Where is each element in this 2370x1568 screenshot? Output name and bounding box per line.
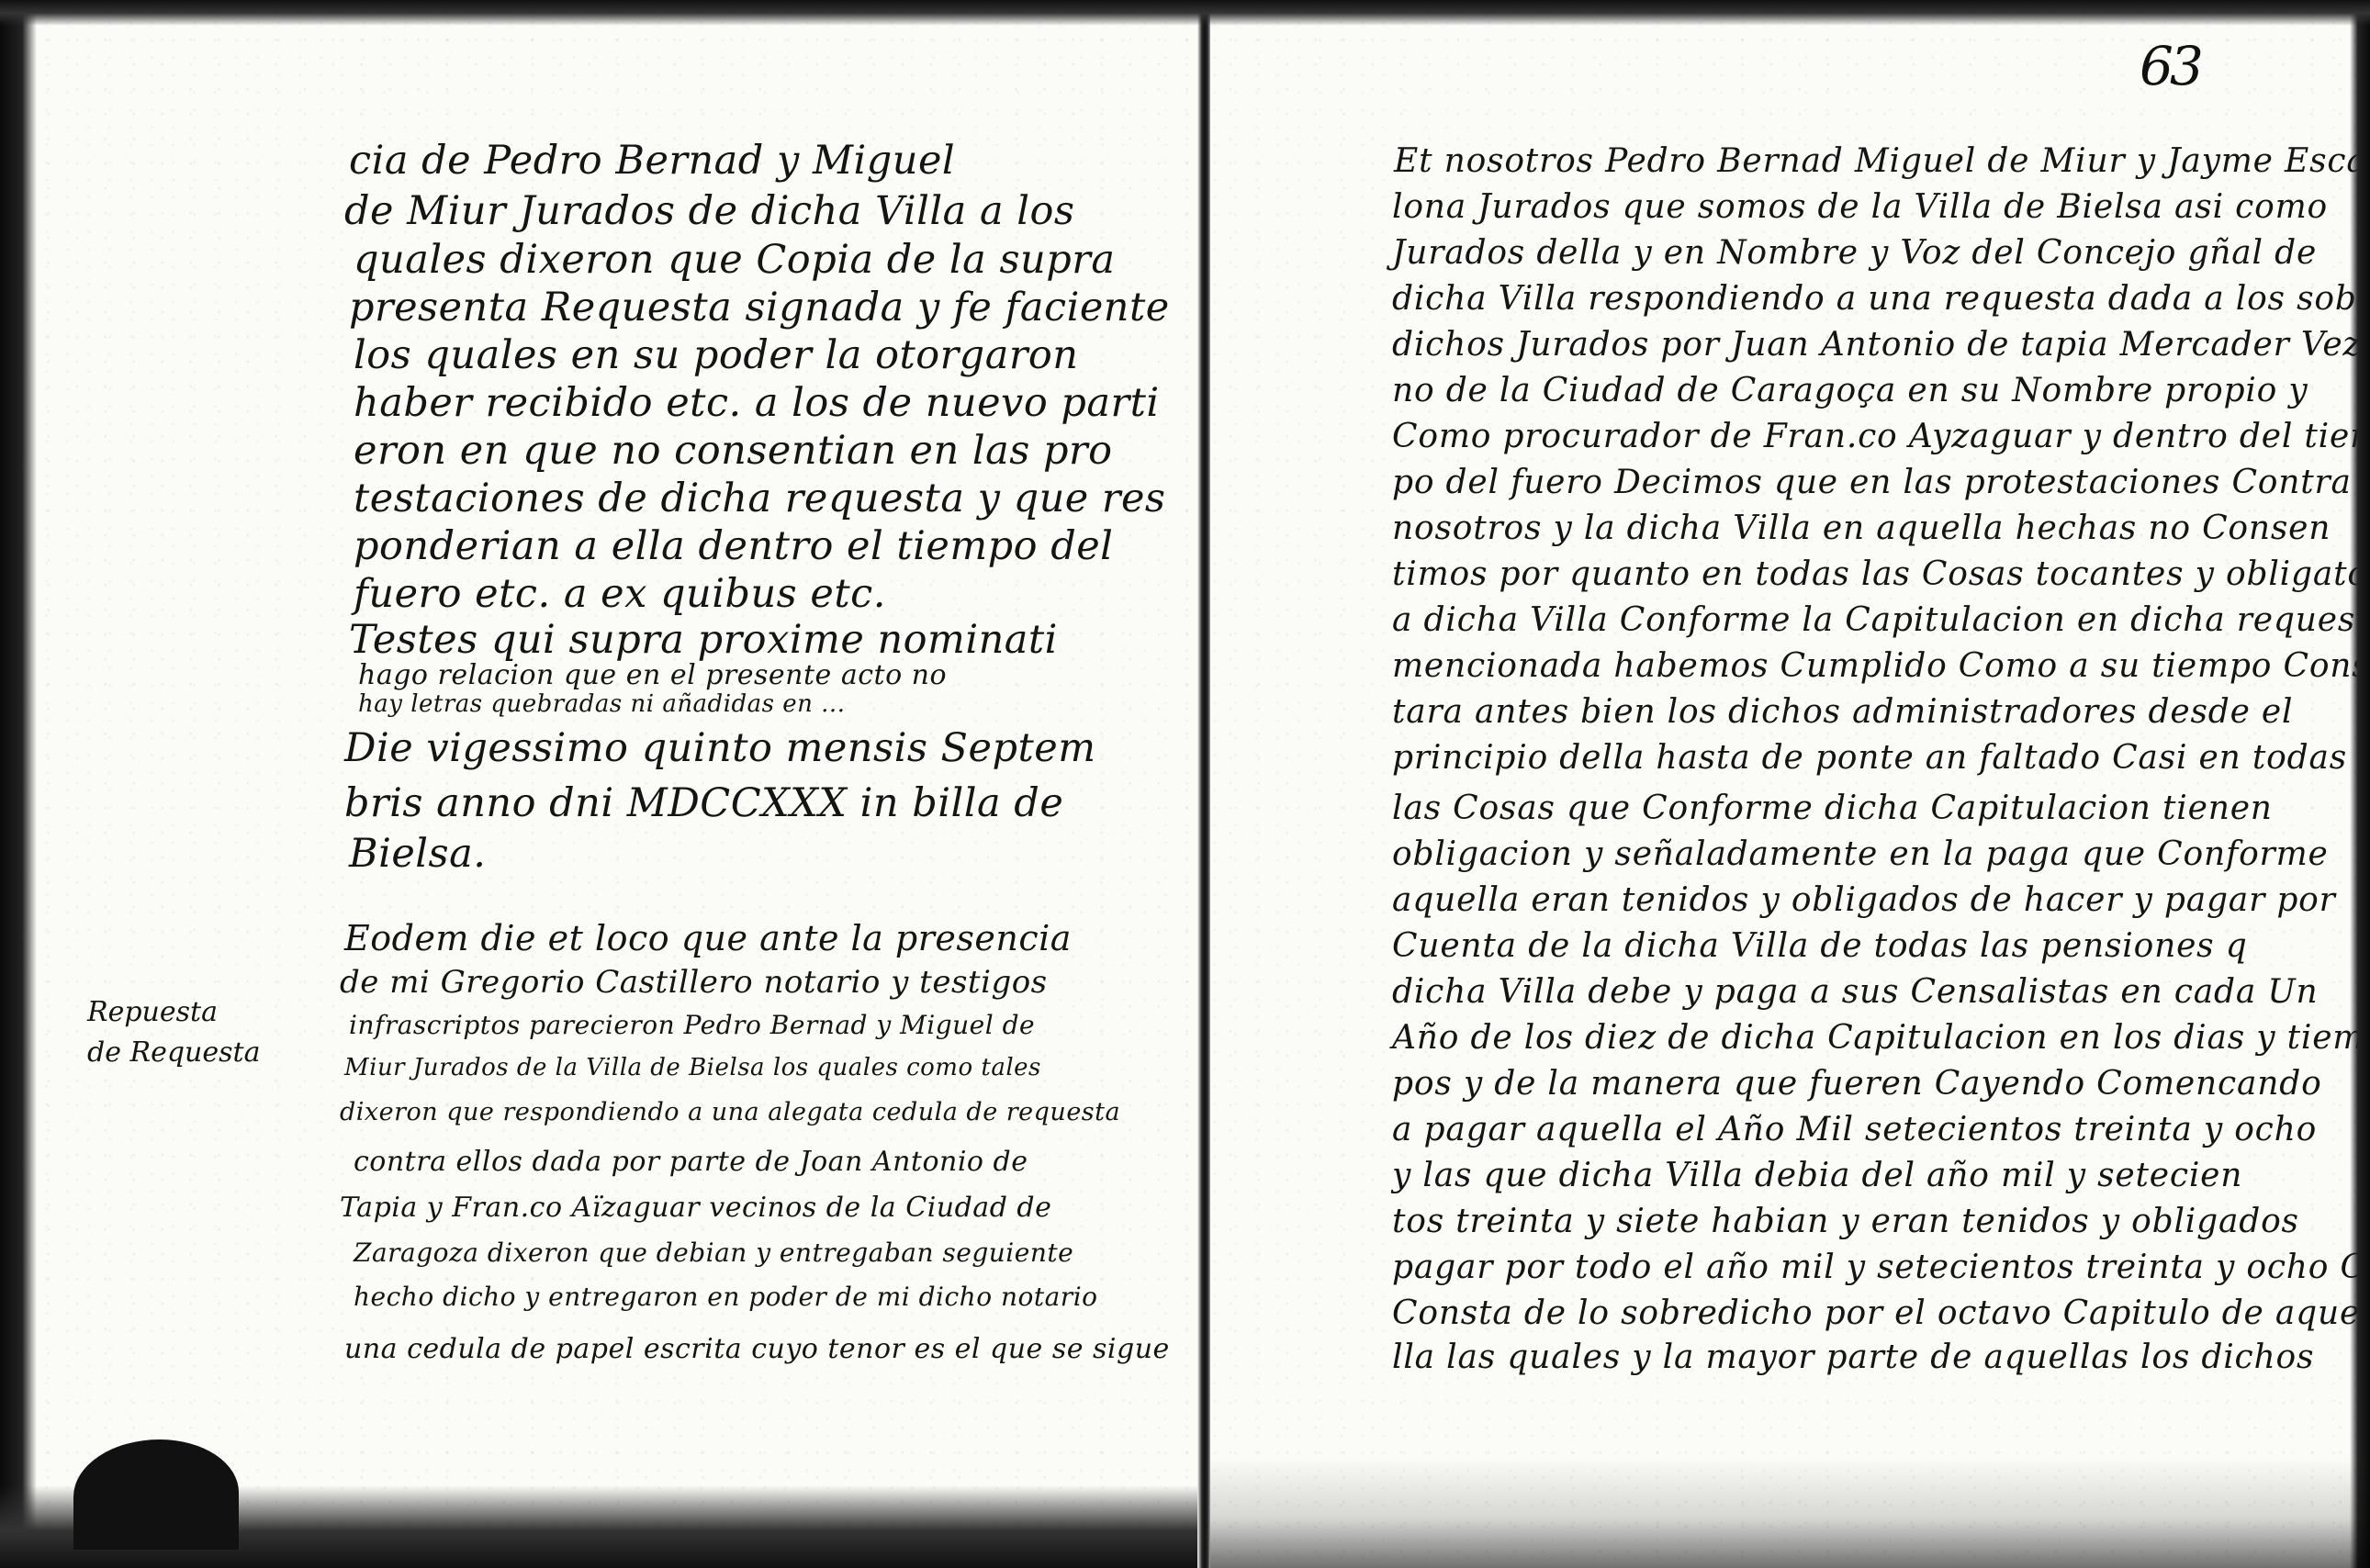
right-page: Et nosotros Pedro Bernad Miguel de Miur …	[1210, 0, 2370, 1568]
page-edge-shadow	[0, 0, 2370, 26]
text-line: Año de los diez de dicha Capitulacion en…	[1392, 1019, 2364, 1057]
text-line: no de la Ciudad de Caragoça en su Nombre…	[1392, 372, 2308, 409]
text-line: pagar por todo el año mil y setecientos …	[1392, 1249, 2370, 1286]
text-line: hago relacion que en el presente acto no	[358, 659, 947, 691]
text-line: Testes qui supra proxime nominati	[349, 617, 1058, 663]
text-line: Zaragoza dixeron que debian y entregaban…	[354, 1238, 1073, 1268]
text-line: Eodem die et loco que ante la presencia	[344, 918, 1072, 958]
folio-number: 63	[2140, 35, 2200, 97]
text-line: Consta de lo sobredicho por el octavo Ca…	[1392, 1294, 2360, 1332]
text-line: lona Jurados que somos de la Villa de Bi…	[1392, 188, 2328, 226]
text-line: Jurados della y en Nombre y Voz del Conc…	[1392, 234, 2317, 272]
page-edge-shadow	[2350, 0, 2370, 1568]
margin-note-line: Repuesta	[87, 996, 218, 1028]
text-line: dixeron que respondiendo a una alegata c…	[340, 1098, 1120, 1126]
text-line: aquella eran tenidos y obligados de hace…	[1392, 881, 2336, 919]
page-edge-shadow	[1210, 1458, 2370, 1568]
text-line: de mi Gregorio Castillero notario y test…	[340, 964, 1048, 1001]
text-line: de Miur Jurados de dicha Villa a los	[344, 188, 1075, 234]
text-line: Como procurador de Fran.co Ayzaguar y de…	[1392, 418, 2370, 455]
text-line: tos treinta y siete habian y eran tenido…	[1392, 1203, 2299, 1240]
text-line: ponderian a ella dentro el tiempo del	[354, 523, 1113, 569]
text-line: timos por quanto en todas las Cosas toca…	[1392, 555, 2370, 593]
text-line: a dicha Villa Conforme la Capitulacion e…	[1392, 601, 2370, 639]
text-line: pos y de la manera que fueren Cayendo Co…	[1392, 1065, 2322, 1103]
text-line: presenta Requesta signada y fe faciente	[349, 285, 1170, 330]
text-line: una cedula de papel escrita cuyo tenor e…	[344, 1333, 1170, 1365]
text-line: Die vigessimo quinto mensis Septem	[344, 725, 1095, 771]
text-line: po del fuero Decimos que en las protesta…	[1392, 464, 2352, 501]
text-line: haber recibido etc. a los de nuevo parti	[354, 380, 1160, 426]
text-line: principio della hasta de ponte an faltad…	[1392, 739, 2347, 777]
text-line: quales dixeron que Copia de la supra	[354, 237, 1115, 283]
text-line: testaciones de dicha requesta y que res	[354, 476, 1166, 521]
text-line: nosotros y la dicha Villa en aquella hec…	[1392, 510, 2331, 547]
text-line: y las que dicha Villa debia del año mil …	[1392, 1157, 2242, 1194]
text-line: contra ellos dada por parte de Joan Anto…	[354, 1146, 1028, 1178]
text-line: hay letras quebradas ni añadidas en ...	[358, 690, 845, 718]
manuscript-spread: Repuesta de Requesta cia de Pedro Bernad…	[0, 0, 2370, 1568]
text-line: lla las quales y la mayor parte de aquel…	[1392, 1338, 2314, 1376]
text-line: cia de Pedro Bernad y Miguel	[349, 138, 955, 184]
ink-blot	[73, 1439, 239, 1550]
text-line: las Cosas que Conforme dicha Capitulacio…	[1392, 790, 2273, 827]
page-edge-shadow	[0, 0, 37, 1568]
text-line: mencionada habemos Cumplido Como a su ti…	[1392, 647, 2370, 685]
text-line: tara antes bien los dichos administrador…	[1392, 693, 2293, 731]
text-line: obligacion y señaladamente en la paga qu…	[1392, 835, 2329, 873]
text-line: infrascriptos parecieron Pedro Bernad y …	[349, 1010, 1035, 1040]
text-line: eron en que no consentian en las pro	[354, 428, 1112, 474]
text-line: dicha Villa respondiendo a una requesta …	[1392, 280, 2370, 318]
text-line: fuero etc. a ex quibus etc.	[354, 571, 886, 617]
text-line: Bielsa.	[349, 831, 486, 877]
text-line: dichos Jurados por Juan Antonio de tapia…	[1392, 326, 2370, 364]
left-page: Repuesta de Requesta cia de Pedro Bernad…	[0, 0, 1203, 1568]
text-line: hecho dicho y entregaron en poder de mi …	[354, 1282, 1098, 1312]
text-line: Cuenta de la dicha Villa de todas las pe…	[1392, 927, 2248, 965]
text-line: Et nosotros Pedro Bernad Miguel de Miur …	[1394, 142, 2367, 180]
margin-note-line: de Requesta	[87, 1036, 260, 1069]
text-line: a pagar aquella el Año Mil setecientos t…	[1392, 1111, 2317, 1148]
text-line: dicha Villa debe y paga a sus Censalista…	[1392, 973, 2318, 1011]
text-line: Miur Jurados de la Villa de Bielsa los q…	[344, 1054, 1041, 1081]
text-line: bris anno dni MDCCXXX in billa de	[344, 780, 1063, 826]
text-line: Tapia y Fran.co Aïzaguar vecinos de la C…	[340, 1192, 1051, 1224]
text-line: los quales en su poder la otorgaron	[354, 332, 1078, 378]
